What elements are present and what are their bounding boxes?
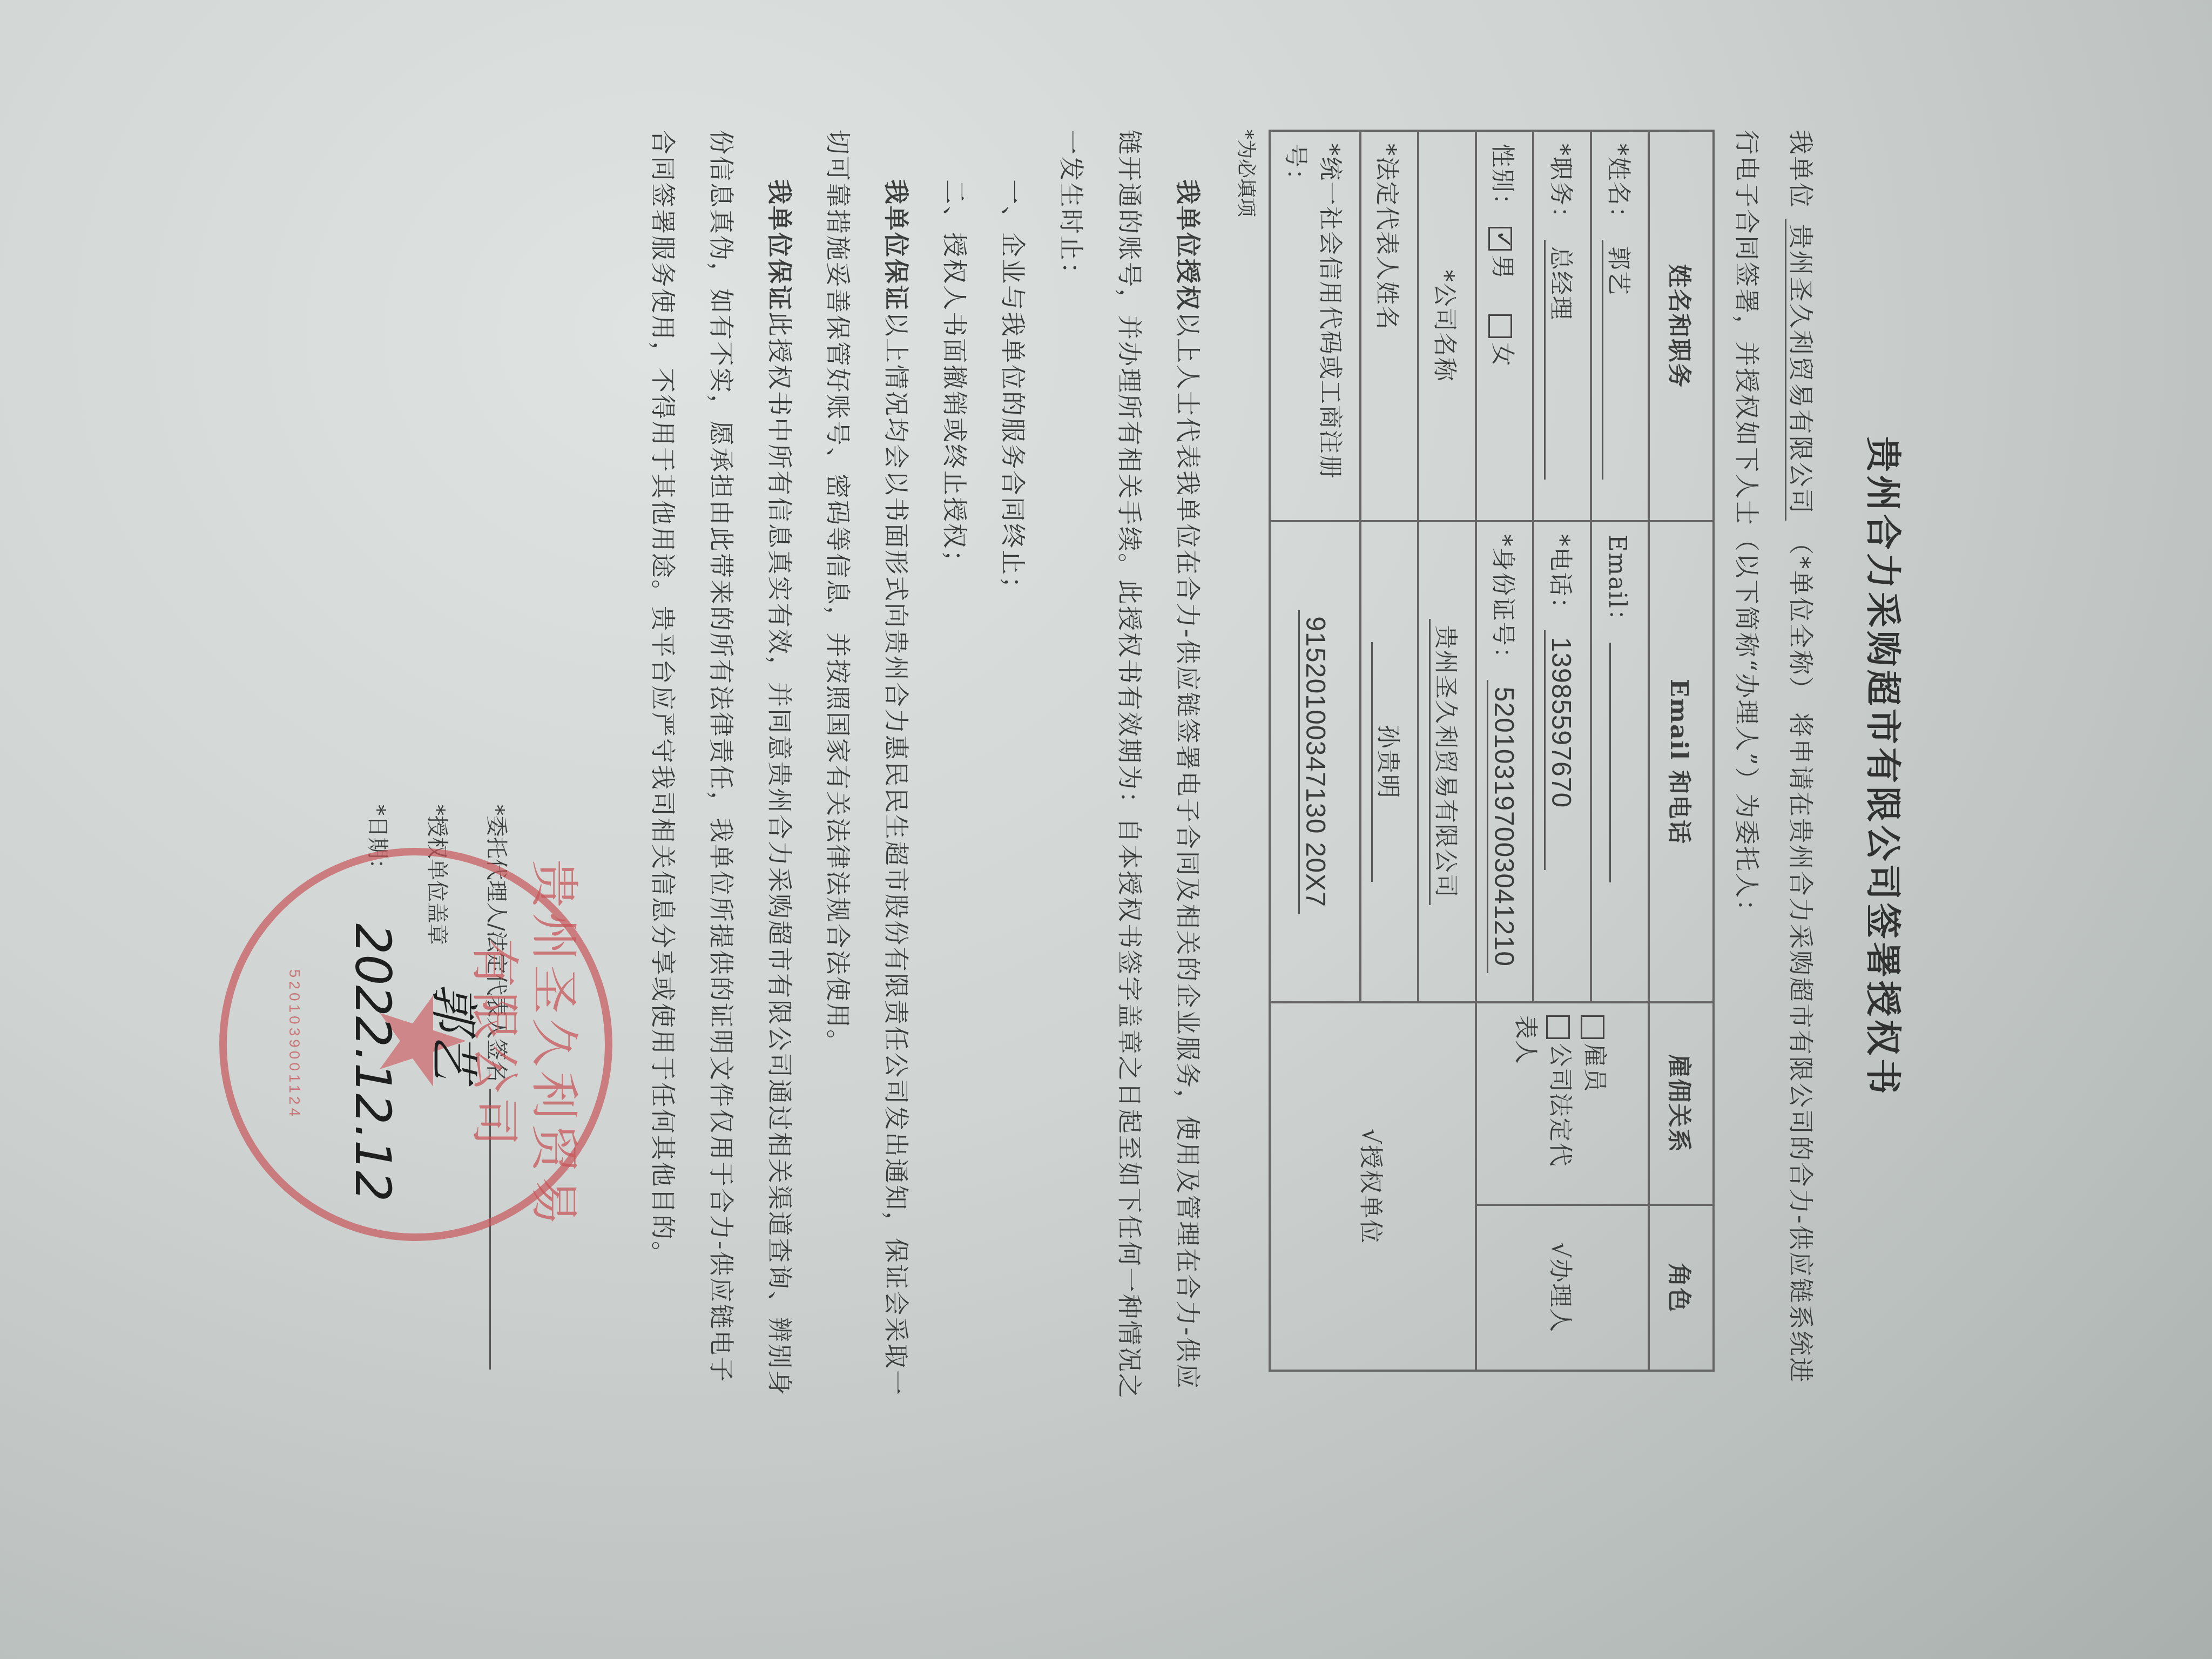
credit-code-label-cell: *统一社会信用代码或工商注册号： [1270, 131, 1360, 521]
agent-phone-cell: *电话： 13985597670 [1533, 521, 1591, 1002]
authorization-letter-page: 贵州合力采购超市有限公司签署授权书 我单位 贵州圣久利贸易有限公司 （*单位全称… [162, 65, 1944, 1469]
seal-code: 5201039001124 [265, 855, 324, 1233]
agent-role-cell: √办理人 [1476, 1205, 1649, 1371]
signature-block: 贵州圣久利贸易有限公司 ★ 5201039001124 *委托代理人/法定代表人… [348, 805, 526, 1404]
paragraph-text: 以上人士代表我单位在合力-供应链签署电子合同及相关的企业服务，使用及管理在合力-… [1057, 130, 1203, 1400]
employment-cell: 雇员 公司法定代表人 [1476, 1002, 1649, 1205]
paragraph-item-2: 二、授权人书面撤销或终止授权； [926, 130, 984, 1404]
paragraph-guarantee-truth: 我单位保证此授权书中所有信息真实有效，并同意贵州合力采购超市有限公司通过相关渠道… [634, 130, 809, 1404]
agent-id-label: *身份证号： [1489, 534, 1516, 671]
handwritten-signature: 郭艺 [423, 983, 483, 1080]
gender-male-label: 男 [1488, 255, 1516, 280]
employment-option-employee: 雇员 [1580, 1015, 1614, 1192]
required-note: *为必填项 [1233, 130, 1261, 1404]
gender-female-checkbox [1489, 314, 1513, 338]
agent-gender-cell: 性别： 男 女 [1476, 131, 1533, 521]
credit-code-cell: 91520100347130 20X7 [1270, 521, 1360, 1002]
gender-female-label: 女 [1488, 342, 1516, 367]
company-name-cell: 贵州圣久利贸易有限公司 [1418, 521, 1476, 1002]
agent-id-field: 520103197003041210 [1487, 680, 1520, 973]
company-seal: 贵州圣久利贸易有限公司 ★ 5201039001124 [219, 848, 612, 1241]
unit-name-field: 贵州圣久利贸易有限公司 [1785, 219, 1816, 521]
paragraph-text: 此授权书中所有信息真实有效，并同意贵州合力采购超市有限公司通过相关渠道查询、辨别… [649, 130, 794, 1397]
body-paragraphs: 我单位授权以上人士代表我单位在合力-供应链签署电子合同及相关的企业服务，使用及管… [634, 130, 1217, 1404]
agent-phone-label: *电话： [1547, 534, 1574, 622]
header-email-phone: Email 和电话 [1649, 521, 1714, 1002]
employment-option-legal-rep: 公司法定代表人 [1510, 1015, 1580, 1192]
agent-name-label: *姓名： [1604, 144, 1632, 231]
agent-email-cell: Email： [1591, 521, 1649, 1002]
employee-label: 雇员 [1581, 1043, 1608, 1093]
header-employment: 雇佣关系 [1649, 1002, 1714, 1205]
document-title: 贵州合力采购超市有限公司签署授权书 [1860, 130, 1912, 1404]
intro-paragraph: 我单位 贵州圣久利贸易有限公司 （*单位全称） 将申请在贵州合力采购超市有限公司… [1720, 130, 1828, 1404]
legal-rep-label-cell: *法定代表人姓名 [1360, 131, 1418, 521]
gender-male-checkbox [1489, 227, 1513, 251]
intro-prefix: 我单位 [1786, 130, 1816, 209]
company-name-field: 贵州圣久利贸易有限公司 [1429, 619, 1465, 905]
agent-title-field: 总经理 [1544, 240, 1580, 480]
company-role-cell: √授权单位 [1270, 1002, 1476, 1371]
company-name-label: *公司名称 [1418, 131, 1476, 521]
agent-id-cell: *身份证号： 520103197003041210 [1476, 521, 1533, 1002]
paragraph-authorization: 我单位授权以上人士代表我单位在合力-供应链签署电子合同及相关的企业服务，使用及管… [1042, 130, 1217, 1404]
agent-name-cell: *姓名： 郭艺 [1591, 131, 1649, 521]
legal-rep-field: 孙贵明 [1371, 642, 1407, 882]
paragraph-lead: 我单位保证 [765, 179, 794, 312]
agent-email-label: Email： [1604, 534, 1631, 633]
paragraph-guarantee-notice: 我单位保证以上情况均会以书面形式向贵州合力惠民民生超市股份有限责任公司发出通知，… [809, 130, 926, 1404]
legal-rep-checkbox [1547, 1015, 1570, 1039]
authorization-table: 姓名和职务 Email 和电话 雇佣关系 角色 *姓名： 郭艺 Email： 雇… [1269, 130, 1715, 1372]
agent-name-field: 郭艺 [1602, 240, 1638, 480]
agent-title-label: *职务： [1547, 144, 1574, 231]
legal-rep-cell: 孙贵明 [1360, 521, 1418, 1002]
handwritten-date: 2022.12.12 [342, 923, 402, 1202]
paragraph-text: 以上情况均会以书面形式向贵州合力惠民民生超市股份有限责任公司发出通知，保证会采取… [824, 130, 911, 1397]
paragraph-item-1: 一、企业与我单位的服务合同终止； [984, 130, 1042, 1404]
unit-hint: （*单位全称） [1786, 530, 1816, 703]
gender-label: 性别： [1488, 144, 1516, 218]
paragraph-lead: 我单位保证 [882, 179, 911, 312]
header-role: 角色 [1649, 1205, 1714, 1371]
agent-phone-field: 13985597670 [1545, 630, 1577, 870]
agent-title-cell: *职务： 总经理 [1533, 131, 1591, 521]
employee-checkbox [1581, 1015, 1605, 1039]
credit-code-field: 91520100347130 20X7 [1299, 610, 1332, 914]
agent-email-field [1610, 643, 1611, 882]
header-name-title: 姓名和职务 [1649, 131, 1714, 521]
paragraph-lead: 我单位授权 [1174, 179, 1203, 312]
